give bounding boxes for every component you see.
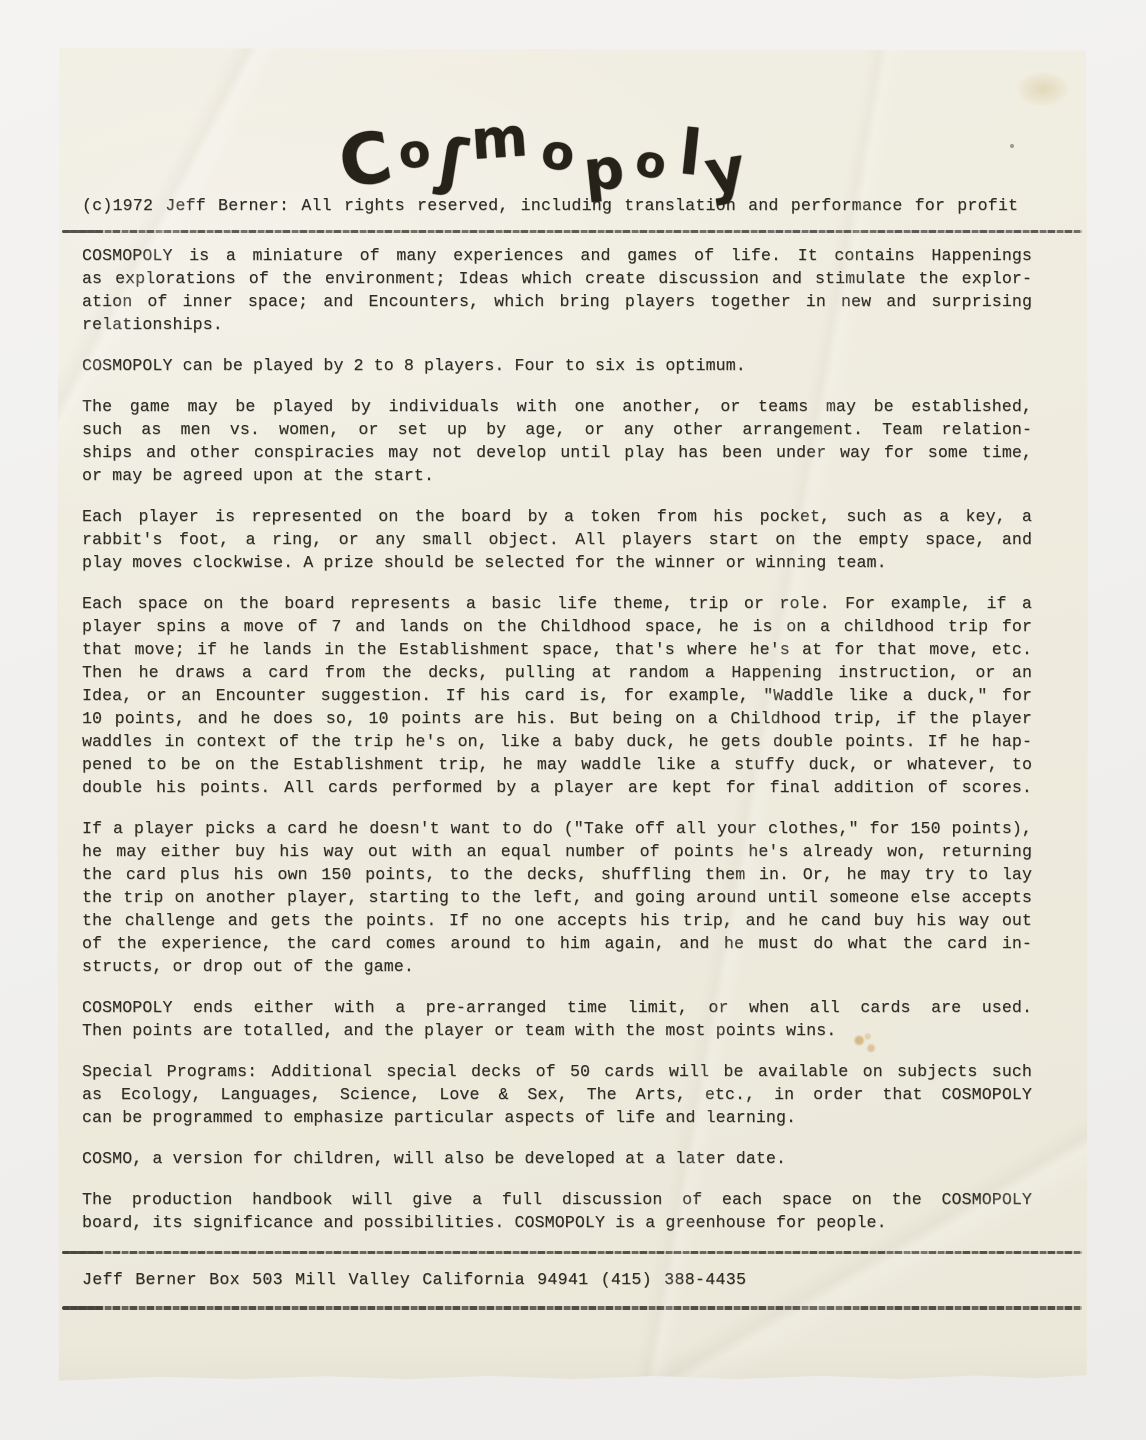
page-title: Coʃmopoly xyxy=(339,100,744,188)
divider-rule-top xyxy=(62,230,1082,233)
text-line: The game may be played by individuals wi… xyxy=(82,395,1032,418)
paragraph: Special Programs: Additional special dec… xyxy=(82,1060,1032,1129)
title-letter: m xyxy=(470,114,530,166)
text-line: or may be agreed upon at the start. xyxy=(82,464,1032,487)
text-line: ships and other conspiracies may not dev… xyxy=(82,441,1032,464)
text-line: that move; if he lands in the Establishm… xyxy=(82,638,1032,661)
text-line: Then points are totalled, and the player… xyxy=(82,1019,1032,1042)
title-letter: y xyxy=(702,141,749,200)
text-line: of the experience, the card comes around… xyxy=(82,932,1032,955)
title-letter: o xyxy=(397,129,432,173)
divider-rule-above-footer xyxy=(62,1251,1082,1254)
title-letter: ʃ xyxy=(435,133,469,192)
text-line: the card plus his own 150 points, to the… xyxy=(82,863,1032,886)
text-line: pened to be on the Establishment trip, h… xyxy=(82,753,1032,776)
text-line: Special Programs: Additional special dec… xyxy=(82,1060,1032,1083)
paper-sheet: Coʃmopoly (c)1972 Jeff Berner: All right… xyxy=(57,48,1088,1385)
text-line: he may either buy his way out with an eq… xyxy=(82,840,1032,863)
text-line: Then he draws a card from the decks, pul… xyxy=(82,661,1032,684)
text-line: Idea, or an Encounter suggestion. If his… xyxy=(82,684,1032,707)
text-line: structs, or drop out of the game. xyxy=(82,955,1032,978)
copyright-line: (c)1972 Jeff Berner: All rights reserved… xyxy=(82,195,1032,217)
title-letter: o xyxy=(539,130,576,176)
text-line: COSMOPOLY ends either with a pre-arrange… xyxy=(82,996,1032,1019)
paragraph: Each player is represented on the board … xyxy=(82,505,1032,574)
scan-background: Coʃmopoly (c)1972 Jeff Berner: All right… xyxy=(0,0,1146,1440)
text-line: Each player is represented on the board … xyxy=(82,505,1032,528)
paragraph: Each space on the board represents a bas… xyxy=(82,592,1032,799)
text-line: rabbit's foot, a ring, or any small obje… xyxy=(82,528,1032,551)
paragraph: The game may be played by individuals wi… xyxy=(82,395,1032,487)
text-line: The production handbook will give a full… xyxy=(82,1188,1032,1211)
text-line: as explorations of the environment; Idea… xyxy=(82,267,1032,290)
paragraph: COSMO, a version for children, will also… xyxy=(82,1147,1032,1170)
text-line: COSMOPOLY is a miniature of many experie… xyxy=(82,244,1032,267)
text-line: such as men vs. women, or set up by age,… xyxy=(82,418,1032,441)
text-line: Each space on the board represents a bas… xyxy=(82,592,1032,615)
text-line: the trip on another player, starting to … xyxy=(82,886,1032,909)
text-line: play moves clockwise. A prize should be … xyxy=(82,551,1032,574)
footer-address: Jeff Berner Box 503 Mill Valley Californ… xyxy=(82,1268,1032,1291)
text-line: COSMOPOLY can be played by 2 to 8 player… xyxy=(82,354,1032,377)
paragraph: COSMOPOLY can be played by 2 to 8 player… xyxy=(82,354,1032,377)
text-line: 10 points, and he does so, 10 points are… xyxy=(82,707,1032,730)
text-line: relationships. xyxy=(82,313,1032,336)
text-line: can be programmed to emphasize particula… xyxy=(82,1106,1032,1129)
text-line: player spins a move of 7 and lands on th… xyxy=(82,615,1032,638)
title-letter: l xyxy=(677,124,704,182)
text-line: double his points. All cards performed b… xyxy=(82,776,1032,799)
title-letter: p xyxy=(581,144,626,198)
text-line: the challenge and gets the points. If no… xyxy=(82,909,1032,932)
divider-rule-bottom xyxy=(62,1306,1082,1310)
text-line: If a player picks a card he doesn't want… xyxy=(82,817,1032,840)
text-line: ation of inner space; and Encounters, wh… xyxy=(82,290,1032,313)
text-line: board, its significance and possibilitie… xyxy=(82,1211,1032,1234)
paragraph: If a player picks a card he doesn't want… xyxy=(82,817,1032,978)
page-content: Coʃmopoly (c)1972 Jeff Berner: All right… xyxy=(57,100,1088,1437)
body-text: COSMOPOLY is a miniature of many experie… xyxy=(82,244,1032,1234)
paragraph: The production handbook will give a full… xyxy=(82,1188,1032,1234)
paragraph: COSMOPOLY ends either with a pre-arrange… xyxy=(82,996,1032,1042)
title-letter: C xyxy=(334,125,396,196)
paragraph: COSMOPOLY is a miniature of many experie… xyxy=(82,244,1032,336)
text-line: COSMO, a version for children, will also… xyxy=(82,1147,1032,1170)
title-letter: o xyxy=(633,142,668,185)
text-line: as Ecology, Languages, Science, Love & S… xyxy=(82,1083,1032,1106)
text-line: waddles in context of the trip he's on, … xyxy=(82,730,1032,753)
